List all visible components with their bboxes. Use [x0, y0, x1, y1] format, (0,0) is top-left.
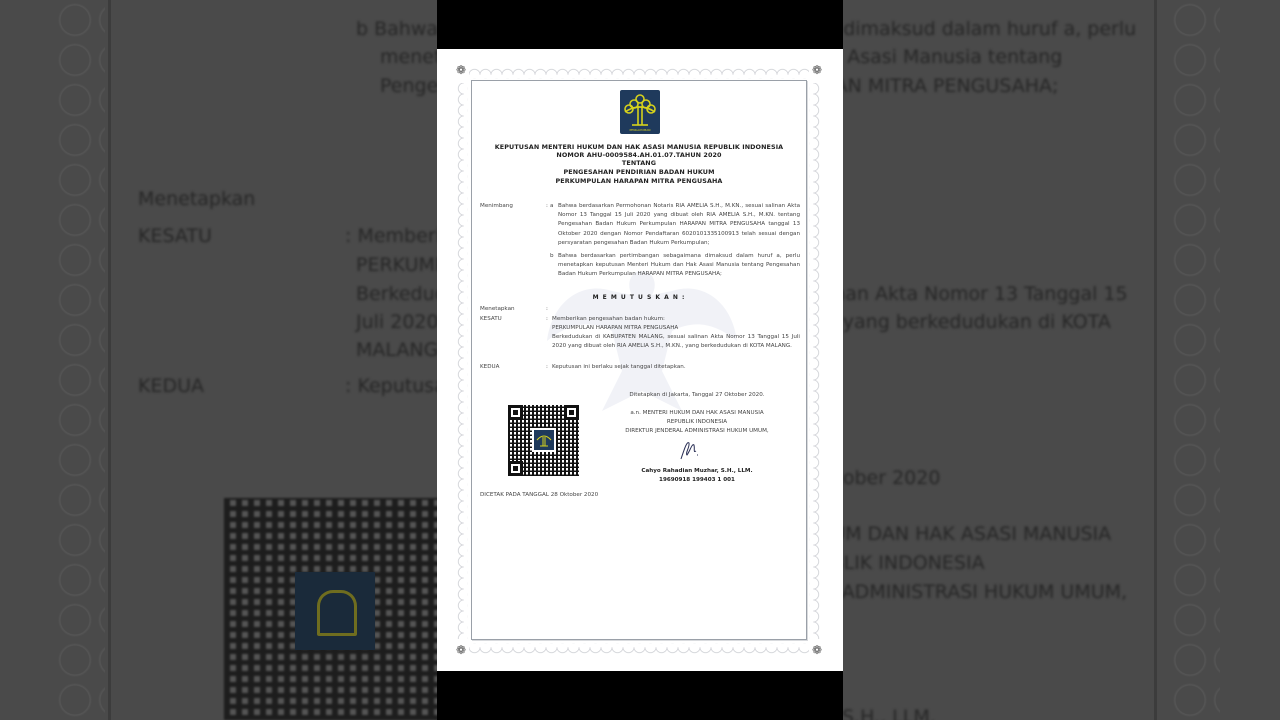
colon: :	[546, 202, 548, 211]
signature-icon	[677, 437, 703, 463]
certificate-page: ❁ ❁ ❁ ❁ PENGAYOMAN	[437, 49, 843, 671]
bg-text: Menetapkan	[138, 188, 255, 210]
decree-subject: PENGESAHAN PENDIRIAN BADAN HUKUM	[472, 168, 806, 176]
frame-line	[108, 0, 111, 720]
decree-number: NOMOR AHU-0009584.AH.01.07.TAHUN 2020	[472, 151, 806, 159]
kesatu-line-3: Berkedudukan di KABUPATEN MALANG, sesuai…	[552, 333, 800, 351]
frame-line	[1154, 0, 1157, 720]
place-date: Ditetapkan di Jakarta, Tanggal 27 Oktobe…	[592, 391, 802, 400]
ornament-top	[469, 65, 809, 79]
qr-finder	[508, 461, 523, 476]
kesatu-label: KESATU	[480, 315, 502, 324]
ornament-left	[454, 83, 468, 639]
decree-tentang: TENTANG	[472, 159, 806, 167]
ornament-right	[809, 83, 823, 639]
item-marker: b	[550, 252, 554, 261]
decree-organization: PERKUMPULAN HARAPAN MITRA PENGUSAHA	[472, 177, 806, 185]
bg-text: MALANG.	[356, 339, 444, 361]
svg-text:PENGAYOMAN: PENGAYOMAN	[629, 128, 650, 132]
qr-finder	[508, 405, 523, 420]
menimbang-item-a: Bahwa berdasarkan Permohonan Notaris RIA…	[558, 202, 800, 248]
menimbang-label: Menimbang	[480, 202, 513, 211]
qr-center-logo-icon	[532, 428, 556, 452]
memutuskan-heading: M E M U T U S K A N :	[472, 294, 806, 301]
kesatu-line-1: Memberikan pengesahan badan hukum:	[552, 315, 800, 324]
pengayoman-tree-icon: PENGAYOMAN	[620, 90, 660, 134]
qr-finder	[564, 405, 579, 420]
signatory-name: Cahyo Rahadian Muzhar, S.H., LLM.	[592, 467, 802, 476]
kedua-text: Keputusan ini berlaku sejak tanggal dite…	[552, 363, 800, 372]
kesatu-line-2: PERKUMPULAN HARAPAN MITRA PENGUSAHA	[552, 324, 800, 333]
menetapkan-label: Menetapkan	[480, 305, 515, 314]
menimbang-item-b: Bahwa berdasarkan pertimbangan sebagaima…	[558, 252, 800, 280]
signatory-line-1: a.n. MENTERI HUKUM DAN HAK ASASI MANUSIA	[592, 409, 802, 418]
colon: :	[546, 305, 548, 314]
decree-title: KEPUTUSAN MENTERI HUKUM DAN HAK ASASI MA…	[472, 143, 806, 151]
ornament-bottom	[469, 643, 809, 657]
certificate-content: PENGAYOMAN KEPUTUSAN MENTERI HUKUM DAN H…	[471, 80, 807, 640]
signatory-nip: 19690918 199403 1 001	[592, 476, 802, 485]
signatory-line-3: DIREKTUR JENDERAL ADMINISTRASI HUKUM UMU…	[592, 427, 802, 436]
bg-text: KESATU	[138, 225, 212, 247]
colon: :	[546, 315, 548, 324]
bg-text: KEDUA	[138, 375, 204, 397]
colon: :	[546, 363, 548, 372]
printed-date: DICETAK PADA TANGGAL 28 Oktober 2020	[480, 491, 598, 500]
corner-ornament-icon: ❁	[811, 64, 823, 76]
corner-ornament-icon: ❁	[455, 64, 467, 76]
corner-ornament-icon: ❁	[455, 644, 467, 656]
item-marker: a	[550, 202, 553, 211]
kedua-label: KEDUA	[480, 363, 499, 372]
verification-qr-code[interactable]	[508, 405, 579, 476]
kemenkumham-logo: PENGAYOMAN	[620, 90, 660, 134]
qr-logo-blurred	[295, 572, 375, 650]
ornament-border-right	[1170, 0, 1220, 720]
signatory-line-2: REPUBLIK INDONESIA	[592, 418, 802, 427]
ornament-border-left	[55, 0, 105, 720]
corner-ornament-icon: ❁	[811, 644, 823, 656]
